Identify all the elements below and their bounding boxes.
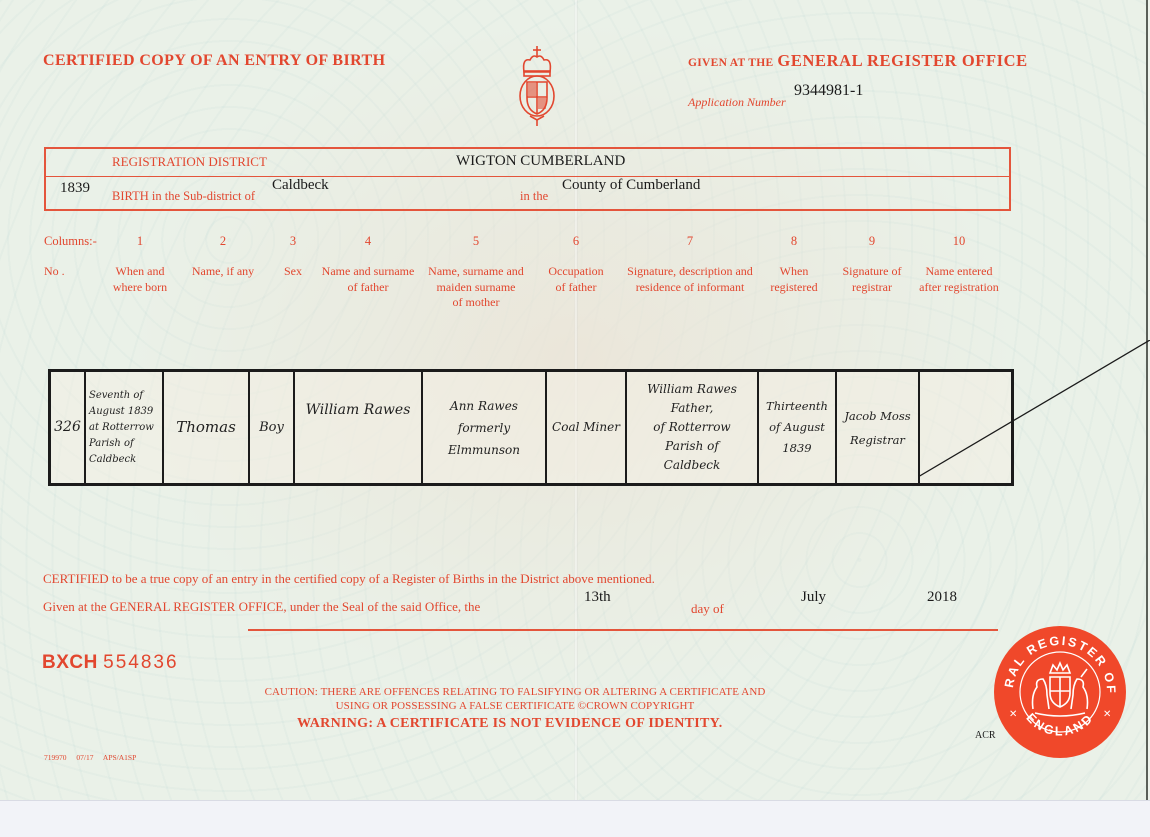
- in-the-label: in the: [520, 189, 548, 204]
- serial-prefix: BXCH: [42, 652, 98, 673]
- serial-number: 554836: [103, 652, 178, 673]
- column-number-7: 7: [650, 234, 730, 249]
- entry-when-where-born: Seventh of August 1839 at Rotterrow Pari…: [86, 372, 165, 483]
- column-heading-father: Name and surname of father: [313, 264, 423, 295]
- register-entry-row: 326 Seventh of August 1839 at Rotterrow …: [48, 369, 1014, 486]
- column-number-1: 1: [100, 234, 180, 249]
- county-value: County of Cumberland: [562, 177, 700, 194]
- sub-district-value: Caldbeck: [272, 177, 329, 194]
- certificate-title: CERTIFIED COPY OF AN ENTRY OF BIRTH: [43, 52, 385, 70]
- column-heading-occupation: Occupation of father: [536, 264, 616, 295]
- issue-month: July: [801, 589, 826, 606]
- column-number-6: 6: [536, 234, 616, 249]
- entry-name-after-registration: [920, 372, 1008, 483]
- given-at-prefix: GIVEN AT THE: [688, 57, 773, 69]
- column-heading-name: Name, if any: [178, 264, 268, 280]
- columns-label: Columns:-: [44, 234, 97, 249]
- entry-registrar: Jacob Moss Registrar: [837, 372, 918, 483]
- column-heading-registrar: Signature of registrar: [827, 264, 917, 295]
- column-heading-informant: Signature, description and residence of …: [620, 264, 760, 295]
- registration-district-value: WIGTON CUMBERLAND: [456, 153, 625, 170]
- entry-informant: William Rawes Father, of Rotterrow Paris…: [627, 372, 757, 483]
- registration-year: 1839: [60, 180, 90, 197]
- column-number-8: 8: [754, 234, 834, 249]
- column-number-2: 2: [183, 234, 263, 249]
- svg-text:✕: ✕: [1103, 709, 1111, 720]
- entry-when-registered: Thirteenth of August 1839: [759, 372, 835, 483]
- column-heading-no: No .: [44, 264, 65, 280]
- caution-notice: CAUTION: THERE ARE OFFENCES RELATING TO …: [257, 685, 773, 713]
- svg-text:✕: ✕: [1009, 709, 1017, 720]
- issue-day: 13th: [584, 589, 611, 606]
- column-number-5: 5: [436, 234, 516, 249]
- entry-name: Thomas: [164, 372, 248, 483]
- column-heading-name-after-registration: Name entered after registration: [909, 264, 1009, 295]
- registration-district-label: REGISTRATION DISTRICT: [112, 154, 267, 170]
- office-heading: GIVEN AT THE GENERAL REGISTER OFFICE: [688, 51, 1028, 71]
- entry-number: 326: [51, 372, 84, 483]
- column-heading-when-where-born: When and where born: [100, 264, 180, 295]
- day-of-label: day of: [691, 601, 724, 617]
- column-number-3: 3: [253, 234, 333, 249]
- column-number-4: 4: [328, 234, 408, 249]
- registration-district-box: REGISTRATION DISTRICT WIGTON CUMBERLAND …: [44, 147, 1011, 211]
- royal-crest-icon: [516, 44, 558, 128]
- entry-mother: Ann Rawes formerly Elmmunson: [423, 372, 545, 483]
- column-heading-when-registered: When registered: [754, 264, 834, 295]
- application-number-value: 9344981-1: [794, 82, 863, 100]
- entry-occupation: Coal Miner: [547, 372, 625, 483]
- general-register-office-seal-icon: GENERAL REGISTER OFFICE ENGLAND ✕ ✕: [993, 625, 1127, 759]
- column-number-10: 10: [919, 234, 999, 249]
- column-number-9: 9: [832, 234, 912, 249]
- entry-father: William Rawes: [295, 372, 421, 483]
- application-number-label: Application Number: [688, 95, 786, 110]
- divider: [46, 176, 1009, 177]
- certification-statement: CERTIFIED to be a true copy of an entry …: [43, 571, 655, 587]
- certificate-serial-number: BXCH 554836: [42, 652, 179, 674]
- column-heading-mother: Name, surname and maiden surname of moth…: [421, 264, 531, 311]
- scanner-bed-strip: [0, 800, 1150, 837]
- office-name: GENERAL REGISTER OFFICE: [777, 51, 1027, 70]
- identity-warning: WARNING: A CERTIFICATE IS NOT EVIDENCE O…: [297, 716, 723, 732]
- issue-year: 2018: [927, 589, 957, 606]
- form-code: 719970 07/17 APS/A1SP: [44, 753, 136, 762]
- entry-sex: Boy: [250, 372, 293, 483]
- sub-district-label: BIRTH in the Sub-district of: [112, 189, 255, 204]
- signature-line: [248, 629, 998, 631]
- given-under-seal-statement: Given at the GENERAL REGISTER OFFICE, un…: [43, 599, 480, 615]
